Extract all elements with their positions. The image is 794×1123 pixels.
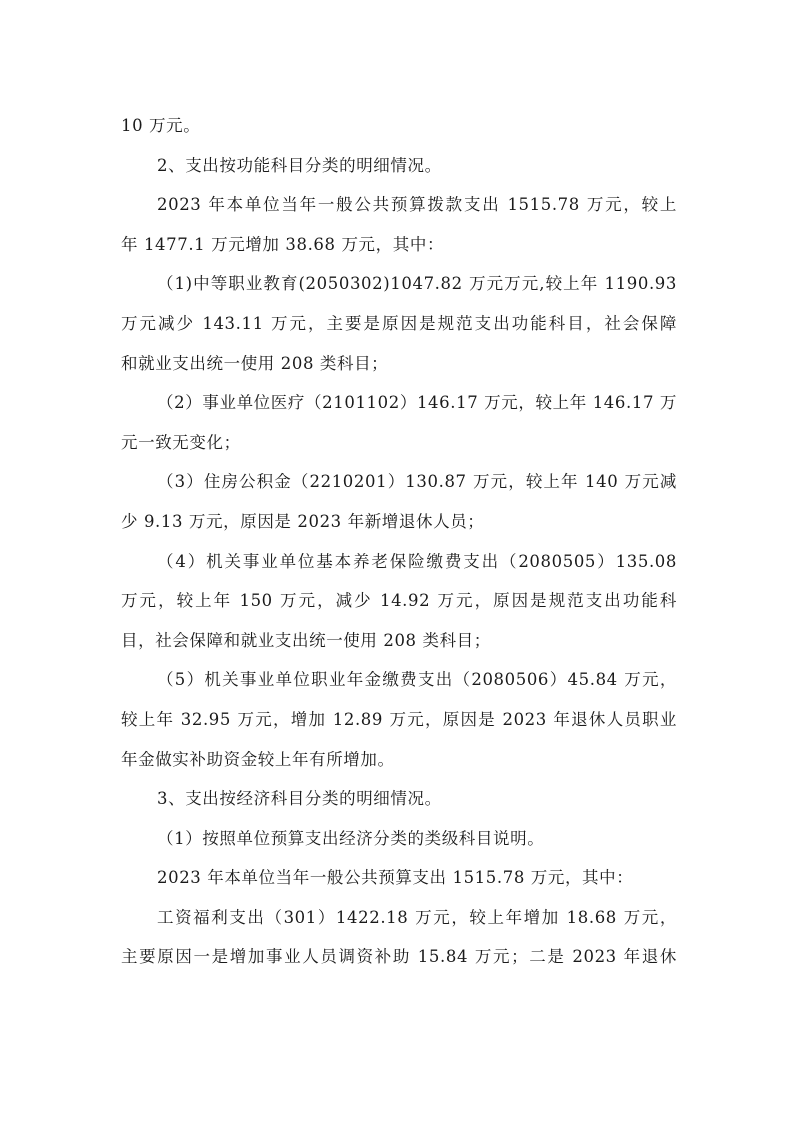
text-line: 主要原因一是增加事业人员调资补助 15.84 万元；二是 2023 年退休 bbox=[121, 937, 677, 977]
section-heading: 3、支出按经济科目分类的明细情况。 bbox=[121, 779, 677, 819]
list-item-text: （1)中等职业教育(2050302)1047.82 万元万元,较上年 1190.… bbox=[121, 264, 677, 304]
document-page: 10 万元。 2、支出按功能科目分类的明细情况。 2023 年本单位当年一般公共… bbox=[121, 106, 677, 977]
list-item-text: 较上年 32.95 万元，增加 12.89 万元，原因是 2023 年退休人员职… bbox=[121, 700, 677, 740]
text-line: 10 万元。 bbox=[121, 106, 677, 146]
list-item-text: 元一致无变化； bbox=[121, 423, 677, 463]
text-line: 2023 年本单位当年一般公共预算拨款支出 1515.78 万元，较上 bbox=[121, 185, 677, 225]
list-item-text: 年金做实补助资金较上年有所增加。 bbox=[121, 740, 677, 780]
list-item-text: （3）住房公积金（2210201）130.87 万元，较上年 140 万元减 bbox=[121, 462, 677, 502]
text-line: 工资福利支出（301）1422.18 万元，较上年增加 18.68 万元， bbox=[121, 898, 677, 938]
list-item-text: （5）机关事业单位职业年金缴费支出（2080506）45.84 万元， bbox=[121, 660, 677, 700]
list-item-text: （4）机关事业单位基本养老保险缴费支出（2080505）135.08 bbox=[121, 542, 677, 582]
list-item-text: 目，社会保障和就业支出统一使用 208 类科目； bbox=[121, 621, 677, 661]
list-item-text: （2）事业单位医疗（2101102）146.17 万元，较上年 146.17 万 bbox=[121, 383, 677, 423]
list-item-text: 万元，较上年 150 万元，减少 14.92 万元，原因是规范支出功能科 bbox=[121, 581, 677, 621]
section-heading: 2、支出按功能科目分类的明细情况。 bbox=[121, 146, 677, 186]
list-item-text: 和就业支出统一使用 208 类科目； bbox=[121, 344, 677, 384]
list-item-text: 万元减少 143.11 万元，主要是原因是规范支出功能科目，社会保障 bbox=[121, 304, 677, 344]
text-line: 年 1477.1 万元增加 38.68 万元，其中： bbox=[121, 225, 677, 265]
list-item-text: 少 9.13 万元，原因是 2023 年新增退休人员； bbox=[121, 502, 677, 542]
text-line: 2023 年本单位当年一般公共预算支出 1515.78 万元，其中： bbox=[121, 858, 677, 898]
subsection-heading: （1）按照单位预算支出经济分类的类级科目说明。 bbox=[121, 819, 677, 859]
